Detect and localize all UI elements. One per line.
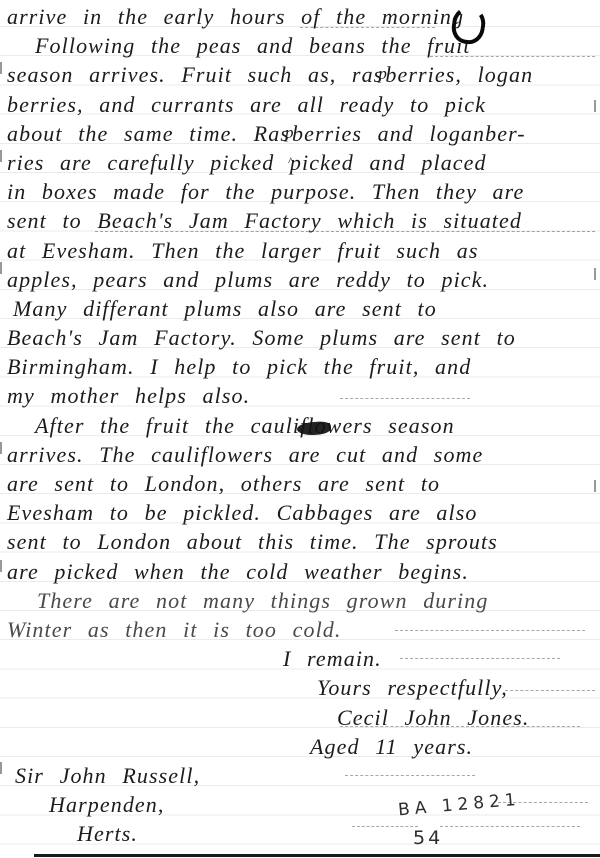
handwritten-line: Beach's Jam Factory. Some plums are sent… <box>7 323 600 352</box>
scan-noise <box>0 442 2 454</box>
handwritten-line: are sent to London, others are sent to <box>7 469 600 498</box>
handwritten-line: about the same time. Rasp^berries and lo… <box>7 119 600 148</box>
handwritten-line: berries, and currants are all ready to p… <box>7 90 600 119</box>
handwritten-line: apples, pears and plums are reddy to pic… <box>7 265 600 294</box>
handwritten-line: arrive in the early hours of the morning <box>7 2 600 31</box>
handwritten-line: arrives. The cauliflowers are cut and so… <box>7 440 600 469</box>
signature: Cecil John Jones. <box>7 703 600 732</box>
scan-noise <box>0 262 2 274</box>
scan-noise <box>0 560 2 572</box>
letter-body: arrive in the early hours of the morning… <box>7 2 600 848</box>
line-text: berries, logan <box>385 62 533 87</box>
handwritten-line: There are not many things grown during <box>7 586 600 615</box>
line-text: After the fruit the cauli <box>35 413 300 438</box>
scan-noise <box>0 150 2 162</box>
handwritten-line: sent to Beach's Jam Factory which is sit… <box>7 206 600 235</box>
handwritten-line: at Evesham. Then the larger fruit such a… <box>7 236 600 265</box>
handwritten-line: Following the peas and beans the fruit <box>7 31 600 60</box>
superscript-correction: p <box>285 124 295 141</box>
scan-noise <box>0 762 2 774</box>
handwritten-line: my mother helps also. <box>7 381 600 410</box>
handwritten-line: season arrives. Fruit such as, raspberri… <box>7 60 600 89</box>
address-line: Sir John Russell, <box>7 761 600 790</box>
closing-remain: I remain. <box>7 644 600 673</box>
handwritten-line: are picked when the cold weather begins. <box>7 557 600 586</box>
handwritten-line: Birmingham. I help to pick the fruit, an… <box>7 352 600 381</box>
superscript-correction: p <box>378 65 388 82</box>
scan-noise <box>0 62 2 74</box>
handwritten-line: Winter as then it is too cold. <box>7 615 600 644</box>
handwritten-line: sent to London about this time. The spro… <box>7 527 600 556</box>
handwritten-line: ries are carefully picked picked and pla… <box>7 148 600 177</box>
handwritten-line: in boxes made for the purpose. Then they… <box>7 177 600 206</box>
scanned-letter-page: arrive in the early hours of the morning… <box>0 0 600 858</box>
line-text: wers season <box>327 413 455 438</box>
line-text: berries and loganber- <box>292 121 526 146</box>
ink-blot-correction: flo <box>300 411 327 440</box>
handwritten-line: Evesham to be pickled. Cabbages are also <box>7 498 600 527</box>
address-line: Herts. <box>7 819 600 848</box>
line-text: season arrives. Fruit such as, ras <box>7 62 383 87</box>
archive-page-number: 54 <box>413 827 443 849</box>
caret-mark: ^ <box>288 155 295 167</box>
handwritten-line: After the fruit the cauliflowers season <box>7 411 600 440</box>
line-text: about the same time. Ras <box>7 121 290 146</box>
signature-age: Aged 11 years. <box>7 732 600 761</box>
handwritten-line: Many differant plums also are sent to <box>7 294 600 323</box>
scan-bottom-edge <box>34 854 600 857</box>
closing-respectfully: Yours respectfully, <box>7 673 600 702</box>
